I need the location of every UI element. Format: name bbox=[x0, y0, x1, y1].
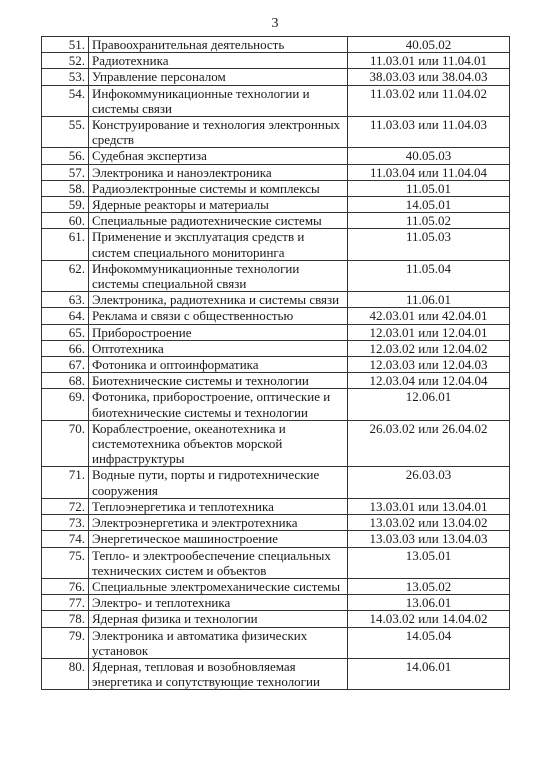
specialty-code: 38.03.03 или 38.04.03 bbox=[348, 69, 510, 85]
specialty-code: 13.03.01 или 13.04.01 bbox=[348, 498, 510, 514]
table-row: 58. Радиоэлектронные системы и комплексы… bbox=[42, 180, 510, 196]
table-row: 51. Правоохранительная деятельность 40.0… bbox=[42, 37, 510, 53]
specialty-code: 12.03.03 или 12.04.03 bbox=[348, 357, 510, 373]
row-number: 53. bbox=[42, 69, 89, 85]
specialty-code: 40.05.02 bbox=[348, 37, 510, 53]
row-number: 72. bbox=[42, 498, 89, 514]
table-row: 77. Электро- и теплотехника 13.06.01 bbox=[42, 595, 510, 611]
table-row: 66. Оптотехника 12.03.02 или 12.04.02 bbox=[42, 340, 510, 356]
specialty-code: 14.05.01 bbox=[348, 197, 510, 213]
specialty-name: Специальные электромеханические системы bbox=[89, 578, 348, 594]
table-row: 75. Тепло- и электрообеспечение специаль… bbox=[42, 547, 510, 578]
specialty-code: 11.05.01 bbox=[348, 180, 510, 196]
specialty-code: 14.06.01 bbox=[348, 658, 510, 689]
table-body: 51. Правоохранительная деятельность 40.0… bbox=[42, 37, 510, 690]
row-number: 74. bbox=[42, 531, 89, 547]
specialty-name: Реклама и связи с общественностью bbox=[89, 308, 348, 324]
row-number: 56. bbox=[42, 148, 89, 164]
specialty-name: Судебная экспертиза bbox=[89, 148, 348, 164]
specialty-name: Инфокоммуникационные технологии системы … bbox=[89, 260, 348, 291]
specialty-code: 14.03.02 или 14.04.02 bbox=[348, 611, 510, 627]
specialty-name: Радиоэлектронные системы и комплексы bbox=[89, 180, 348, 196]
row-number: 69. bbox=[42, 389, 89, 420]
row-number: 79. bbox=[42, 627, 89, 658]
specialty-code: 11.03.03 или 11.04.03 bbox=[348, 117, 510, 148]
table-row: 71. Водные пути, порты и гидротехнически… bbox=[42, 467, 510, 498]
specialty-name: Водные пути, порты и гидротехнические со… bbox=[89, 467, 348, 498]
row-number: 66. bbox=[42, 340, 89, 356]
table-row: 55. Конструирование и технология электро… bbox=[42, 117, 510, 148]
specialty-code: 13.03.03 или 13.04.03 bbox=[348, 531, 510, 547]
row-number: 71. bbox=[42, 467, 89, 498]
specialties-table: 51. Правоохранительная деятельность 40.0… bbox=[41, 36, 510, 690]
specialty-name: Кораблестроение, океанотехника и системо… bbox=[89, 420, 348, 467]
specialty-code: 12.06.01 bbox=[348, 389, 510, 420]
table-row: 69. Фотоника, приборостроение, оптически… bbox=[42, 389, 510, 420]
row-number: 76. bbox=[42, 578, 89, 594]
row-number: 60. bbox=[42, 213, 89, 229]
row-number: 68. bbox=[42, 373, 89, 389]
table-row: 56. Судебная экспертиза 40.05.03 bbox=[42, 148, 510, 164]
row-number: 70. bbox=[42, 420, 89, 467]
specialty-code: 12.03.01 или 12.04.01 bbox=[348, 324, 510, 340]
specialty-name: Радиотехника bbox=[89, 53, 348, 69]
specialty-name: Электроника и автоматика физических уста… bbox=[89, 627, 348, 658]
row-number: 63. bbox=[42, 292, 89, 308]
table-row: 60. Специальные радиотехнические системы… bbox=[42, 213, 510, 229]
specialty-name: Ядерная, тепловая и возобновляемая энерг… bbox=[89, 658, 348, 689]
specialty-code: 26.03.03 bbox=[348, 467, 510, 498]
specialty-code: 40.05.03 bbox=[348, 148, 510, 164]
row-number: 73. bbox=[42, 515, 89, 531]
specialty-name: Электроника, радиотехника и системы связ… bbox=[89, 292, 348, 308]
table-row: 79. Электроника и автоматика физических … bbox=[42, 627, 510, 658]
specialty-code: 42.03.01 или 42.04.01 bbox=[348, 308, 510, 324]
row-number: 75. bbox=[42, 547, 89, 578]
specialty-name: Фотоника и оптоинформатика bbox=[89, 357, 348, 373]
specialty-name: Инфокоммуникационные технологии и систем… bbox=[89, 85, 348, 116]
specialty-code: 12.03.04 или 12.04.04 bbox=[348, 373, 510, 389]
specialty-code: 13.05.02 bbox=[348, 578, 510, 594]
specialty-name: Фотоника, приборостроение, оптические и … bbox=[89, 389, 348, 420]
specialty-name: Электроника и наноэлектроника bbox=[89, 164, 348, 180]
specialty-name: Оптотехника bbox=[89, 340, 348, 356]
specialty-name: Приборостроение bbox=[89, 324, 348, 340]
specialty-name: Теплоэнергетика и теплотехника bbox=[89, 498, 348, 514]
specialty-code: 11.03.04 или 11.04.04 bbox=[348, 164, 510, 180]
row-number: 65. bbox=[42, 324, 89, 340]
specialty-code: 12.03.02 или 12.04.02 bbox=[348, 340, 510, 356]
row-number: 78. bbox=[42, 611, 89, 627]
specialty-name: Ядерные реакторы и материалы bbox=[89, 197, 348, 213]
specialty-name: Биотехнические системы и технологии bbox=[89, 373, 348, 389]
table-row: 61. Применение и эксплуатация средств и … bbox=[42, 229, 510, 260]
table-row: 68. Биотехнические системы и технологии … bbox=[42, 373, 510, 389]
specialty-name: Ядерная физика и технологии bbox=[89, 611, 348, 627]
table-row: 78. Ядерная физика и технологии 14.03.02… bbox=[42, 611, 510, 627]
specialty-code: 13.05.01 bbox=[348, 547, 510, 578]
row-number: 67. bbox=[42, 357, 89, 373]
specialty-name: Тепло- и электрообеспечение специальных … bbox=[89, 547, 348, 578]
table-row: 52. Радиотехника 11.03.01 или 11.04.01 bbox=[42, 53, 510, 69]
table-row: 70. Кораблестроение, океанотехника и сис… bbox=[42, 420, 510, 467]
specialty-code: 11.03.01 или 11.04.01 bbox=[348, 53, 510, 69]
row-number: 77. bbox=[42, 595, 89, 611]
table-row: 73. Электроэнергетика и электротехника 1… bbox=[42, 515, 510, 531]
table-row: 74. Энергетическое машиностроение 13.03.… bbox=[42, 531, 510, 547]
specialty-code: 11.06.01 bbox=[348, 292, 510, 308]
specialty-code: 11.05.03 bbox=[348, 229, 510, 260]
specialty-name: Применение и эксплуатация средств и сист… bbox=[89, 229, 348, 260]
specialty-name: Конструирование и технология электронных… bbox=[89, 117, 348, 148]
specialty-name: Электроэнергетика и электротехника bbox=[89, 515, 348, 531]
row-number: 55. bbox=[42, 117, 89, 148]
table-row: 63. Электроника, радиотехника и системы … bbox=[42, 292, 510, 308]
row-number: 59. bbox=[42, 197, 89, 213]
table-row: 76. Специальные электромеханические сист… bbox=[42, 578, 510, 594]
specialty-code: 26.03.02 или 26.04.02 bbox=[348, 420, 510, 467]
table-row: 59. Ядерные реакторы и материалы 14.05.0… bbox=[42, 197, 510, 213]
page-number: 3 bbox=[0, 16, 540, 32]
table-row: 64. Реклама и связи с общественностью 42… bbox=[42, 308, 510, 324]
row-number: 54. bbox=[42, 85, 89, 116]
specialty-name: Электро- и теплотехника bbox=[89, 595, 348, 611]
specialty-name: Управление персоналом bbox=[89, 69, 348, 85]
specialty-name: Энергетическое машиностроение bbox=[89, 531, 348, 547]
row-number: 80. bbox=[42, 658, 89, 689]
specialty-code: 14.05.04 bbox=[348, 627, 510, 658]
row-number: 52. bbox=[42, 53, 89, 69]
specialty-code: 13.06.01 bbox=[348, 595, 510, 611]
table-row: 54. Инфокоммуникационные технологии и си… bbox=[42, 85, 510, 116]
table-row: 65. Приборостроение 12.03.01 или 12.04.0… bbox=[42, 324, 510, 340]
row-number: 58. bbox=[42, 180, 89, 196]
specialty-code: 11.05.02 bbox=[348, 213, 510, 229]
table-row: 72. Теплоэнергетика и теплотехника 13.03… bbox=[42, 498, 510, 514]
row-number: 51. bbox=[42, 37, 89, 53]
row-number: 62. bbox=[42, 260, 89, 291]
table-row: 62. Инфокоммуникационные технологии сист… bbox=[42, 260, 510, 291]
specialty-name: Специальные радиотехнические системы bbox=[89, 213, 348, 229]
table-row: 53. Управление персоналом 38.03.03 или 3… bbox=[42, 69, 510, 85]
table-row: 80. Ядерная, тепловая и возобновляемая э… bbox=[42, 658, 510, 689]
row-number: 64. bbox=[42, 308, 89, 324]
specialty-code: 13.03.02 или 13.04.02 bbox=[348, 515, 510, 531]
table-row: 67. Фотоника и оптоинформатика 12.03.03 … bbox=[42, 357, 510, 373]
row-number: 57. bbox=[42, 164, 89, 180]
specialty-code: 11.05.04 bbox=[348, 260, 510, 291]
table-row: 57. Электроника и наноэлектроника 11.03.… bbox=[42, 164, 510, 180]
specialty-code: 11.03.02 или 11.04.02 bbox=[348, 85, 510, 116]
row-number: 61. bbox=[42, 229, 89, 260]
specialty-name: Правоохранительная деятельность bbox=[89, 37, 348, 53]
